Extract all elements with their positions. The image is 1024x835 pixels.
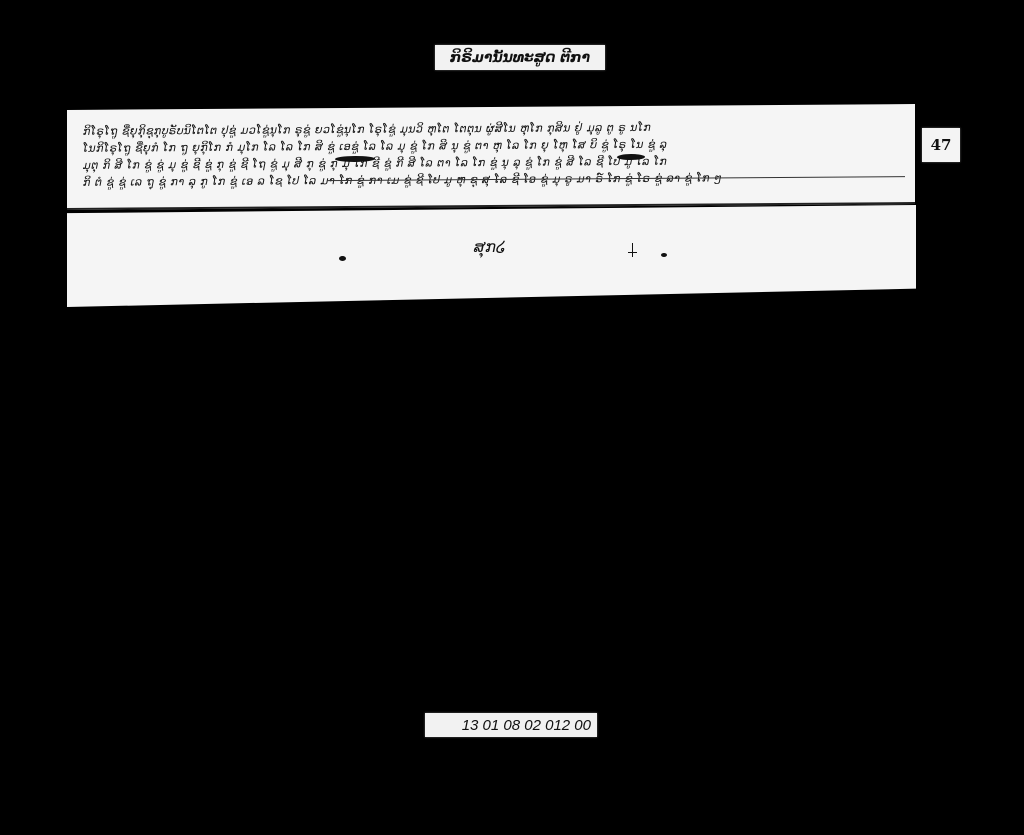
leaf-mark-cross-vertical <box>632 243 633 257</box>
leaf-blemish-2 <box>661 253 667 257</box>
catalog-code-label: 13 01 08 02 012 00 <box>425 713 597 737</box>
leaf-blemish-1 <box>339 256 346 261</box>
leaf-mark-cross-horizontal <box>628 252 637 253</box>
palm-leaf-verso: ສຸກ໒ <box>67 205 916 307</box>
manuscript-title-label: ກິຣິມານັນທະສູດ ຕີກາ <box>435 45 605 70</box>
marginal-notation: ສຸກ໒ <box>474 237 506 256</box>
palm-leaf-recto: ກິໂຣຸໂຖູ ຊື່ຍຸກິຸຊຸກຸບູຣັບນິໂຕໂຕ ປຸຊູ່ ມ… <box>67 104 915 210</box>
folio-number-label: 47 <box>922 128 960 162</box>
